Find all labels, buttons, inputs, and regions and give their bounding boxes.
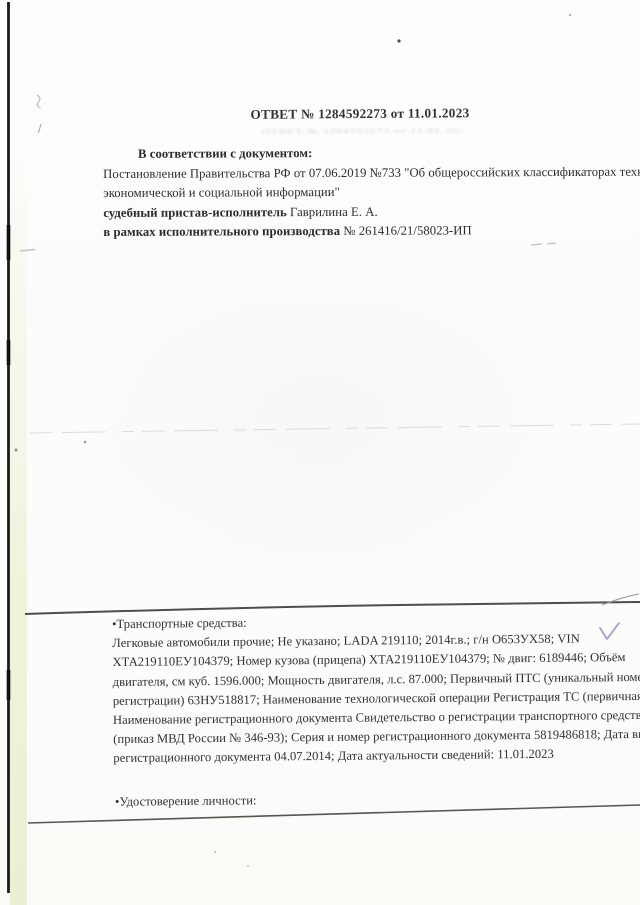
underlying-page-edge [10,150,27,905]
speck [569,14,571,16]
intro-heading: В соответствии с документом: [138,143,623,165]
speck [397,39,400,42]
faint-dashes-right [531,243,556,245]
page-edge-top-line-hook [602,594,639,605]
officer-label: судебный пристав-исполнитель [103,205,287,220]
intro-block: В соответствии с документом: Постановлен… [103,143,623,243]
case-value: № 261416/21/58023-ИП [340,224,472,239]
identity-heading: •Удостоверение личности: [115,793,257,809]
speck [247,865,249,867]
faint-crease-line [30,424,640,433]
faint-tick-mark [39,124,42,133]
speck [84,441,87,444]
intro-line-resolution-cont: экономической и социальной информации" [103,182,623,204]
officer-value: Гаврилина Е. А. [287,205,378,219]
faint-squiggle-mark [37,95,41,108]
document-title: ОТВЕТ № 1284592273 от 11.01.2023 [160,105,560,124]
case-label: в рамках исполнительного производства [103,224,340,239]
intro-line-resolution: Постановление Правительства РФ от 07.06.… [103,162,623,184]
vehicles-line: регистрационного документа 04.07.2014; Д… [113,744,633,768]
title-ghost-smudge: ОТВЕТ № 1284592273 от 11.01.2023 [262,126,462,136]
vehicles-block: •Транспортные средства: Легковые автомоб… [112,610,633,769]
speck [214,851,216,853]
officer-line: судебный пристав-исполнитель Гаврилина Е… [103,202,623,224]
scanned-document-page: ОТВЕТ № 1284592273 от 11.01.2023 ОТВЕТ №… [0,0,640,905]
case-line: в рамках исполнительного производства № … [103,221,623,243]
